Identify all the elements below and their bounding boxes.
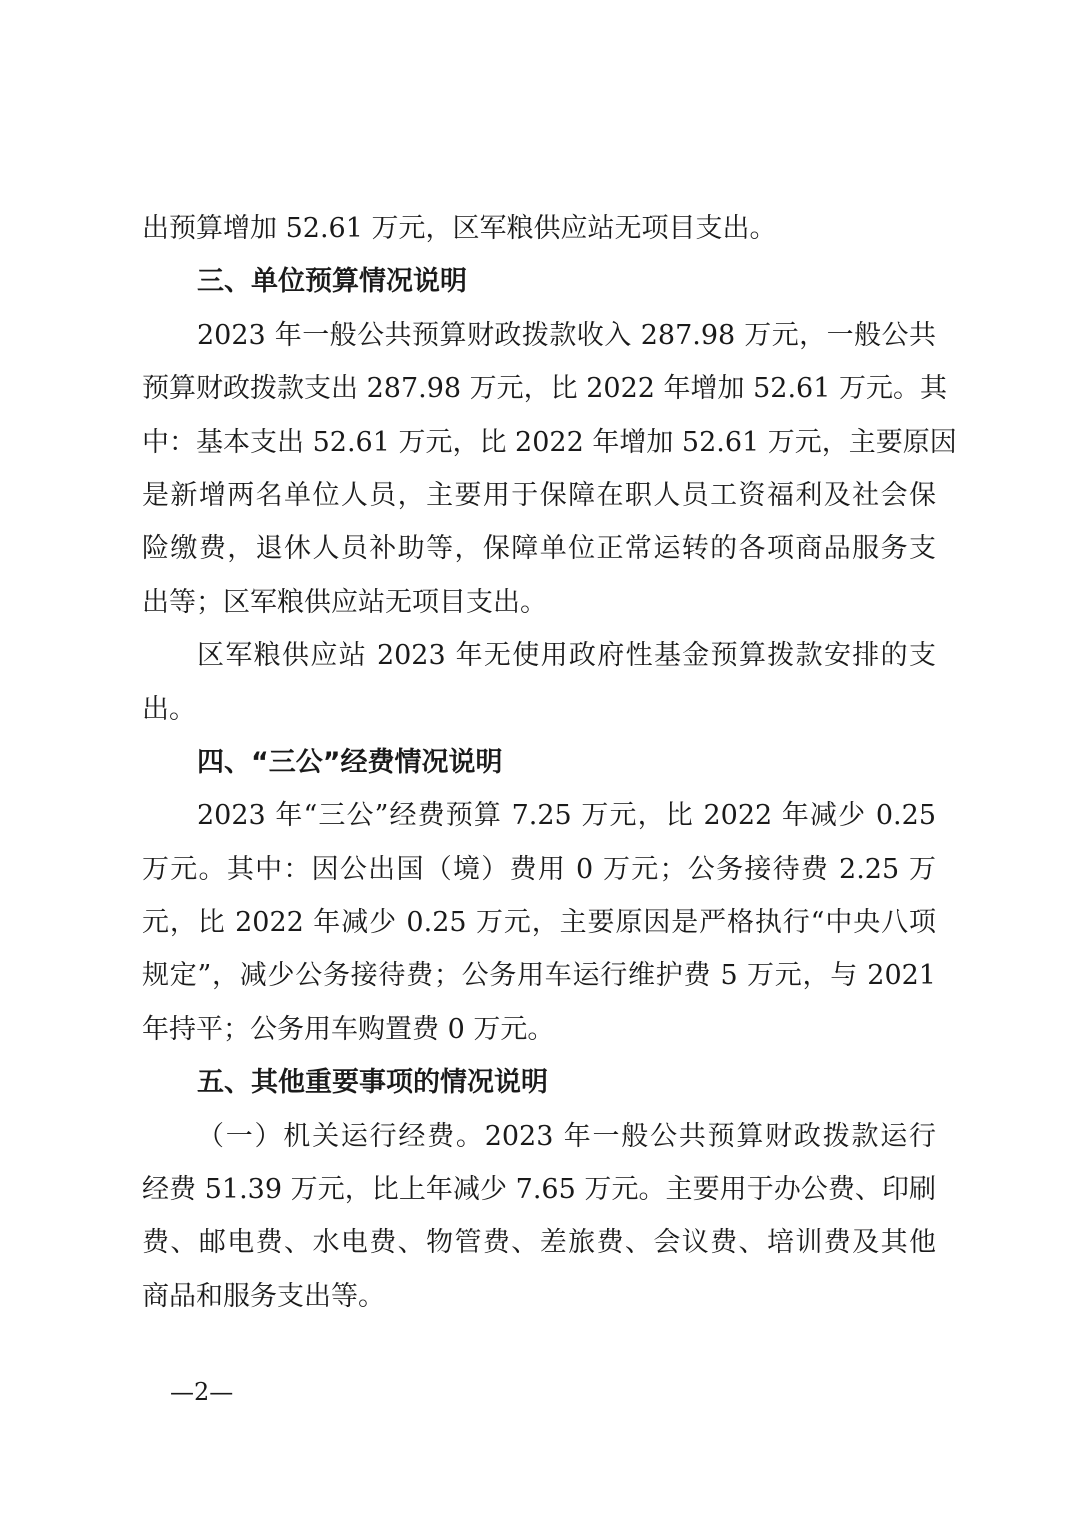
- paragraph-line: 规定”，减少公务接待费；公务用车运行维护费 5 万元，与 2021: [142, 949, 936, 1002]
- document-page: 出预算增加 52.61 万元，区军粮供应站无项目支出。 三、单位预算情况说明 2…: [142, 202, 936, 1323]
- paragraph-line: 区军粮供应站 2023 年无使用政府性基金预算拨款安排的支: [142, 629, 936, 682]
- paragraph-line: 是新增两名单位人员，主要用于保障在职人员工资福利及社会保: [142, 469, 936, 522]
- paragraph-line: 年持平；公务用车购置费 0 万元。: [142, 1003, 936, 1056]
- page-number: —2—: [170, 1378, 233, 1406]
- section-heading-3: 三、单位预算情况说明: [142, 255, 936, 308]
- paragraph-line: 商品和服务支出等。: [142, 1270, 936, 1323]
- paragraph-line: 2023 年一般公共预算财政拨款收入 287.98 万元，一般公共: [142, 309, 936, 362]
- paragraph-line: 出预算增加 52.61 万元，区军粮供应站无项目支出。: [142, 202, 936, 255]
- paragraph-line: 经费 51.39 万元，比上年减少 7.65 万元。主要用于办公费、印刷: [142, 1163, 936, 1216]
- paragraph-line: 万元。其中：因公出国（境）费用 0 万元；公务接待费 2.25 万: [142, 843, 936, 896]
- paragraph-line: 元，比 2022 年减少 0.25 万元，主要原因是严格执行“中央八项: [142, 896, 936, 949]
- paragraph-line: 预算财政拨款支出 287.98 万元，比 2022 年增加 52.61 万元。其: [142, 362, 936, 415]
- paragraph-line: 费、邮电费、水电费、物管费、差旅费、会议费、培训费及其他: [142, 1216, 936, 1269]
- paragraph-line: 2023 年“三公”经费预算 7.25 万元，比 2022 年减少 0.25: [142, 789, 936, 842]
- paragraph-line: 出。: [142, 683, 936, 736]
- section-heading-4: 四、“三公”经费情况说明: [142, 736, 936, 789]
- paragraph-line: （一）机关运行经费。2023 年一般公共预算财政拨款运行: [142, 1110, 936, 1163]
- paragraph-line: 出等；区军粮供应站无项目支出。: [142, 576, 936, 629]
- section-heading-5: 五、其他重要事项的情况说明: [142, 1056, 936, 1109]
- paragraph-line: 险缴费，退休人员补助等，保障单位正常运转的各项商品服务支: [142, 522, 936, 575]
- paragraph-line: 中：基本支出 52.61 万元，比 2022 年增加 52.61 万元，主要原因: [142, 416, 936, 469]
